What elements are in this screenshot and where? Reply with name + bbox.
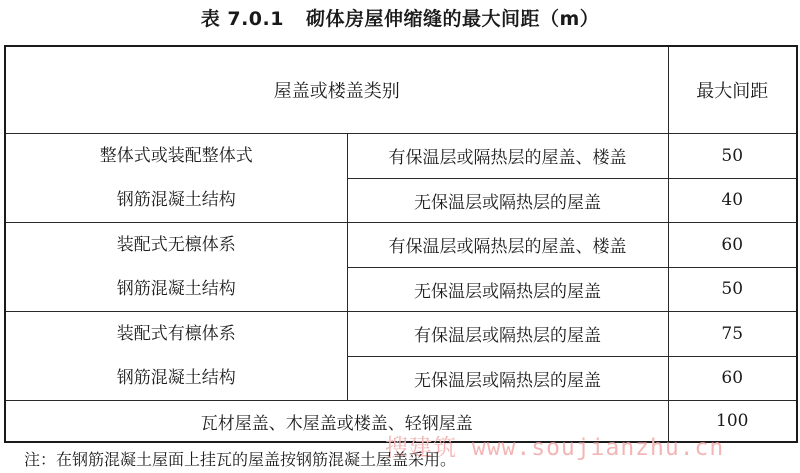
- category-line: 整体式或装配整体式: [6, 134, 347, 178]
- roof-type-cell: 无保温层或隔热层的屋盖: [347, 178, 668, 223]
- table-title-text: 砌体房屋伸缩缝的最大间距（m）: [306, 8, 599, 30]
- category-cell: 装配式无檩体系 钢筋混凝土结构: [5, 223, 347, 312]
- expansion-joint-spacing-table: 屋盖或楼盖类别 最大间距 整体式或装配整体式 钢筋混凝土结构 有保温层或隔热层的…: [4, 45, 798, 443]
- category-line: 装配式无檩体系: [6, 223, 347, 267]
- category-cell: 装配式有檩体系 钢筋混凝土结构: [5, 312, 347, 401]
- value-cell: 60: [668, 223, 797, 268]
- header-category: 屋盖或楼盖类别: [5, 46, 668, 134]
- category-cell: 整体式或装配整体式 钢筋混凝土结构: [5, 134, 347, 223]
- header-max-spacing: 最大间距: [668, 46, 797, 134]
- table-row: 装配式有檩体系 钢筋混凝土结构 有保温层或隔热层的屋盖 75: [5, 312, 797, 357]
- roof-type-cell: 无保温层或隔热层的屋盖: [347, 356, 668, 401]
- table-row: 装配式无檩体系 钢筋混凝土结构 有保温层或隔热层的屋盖、楼盖 60: [5, 223, 797, 268]
- table-number: 表 7.0.1: [201, 8, 284, 30]
- value-cell: 60: [668, 356, 797, 401]
- category-line: 钢筋混凝土结构: [6, 356, 347, 400]
- value-cell: 50: [668, 134, 797, 179]
- category-line: 装配式有檩体系: [6, 312, 347, 356]
- roof-type-cell: 有保温层或隔热层的屋盖、楼盖: [347, 134, 668, 179]
- roof-type-cell: 无保温层或隔热层的屋盖: [347, 267, 668, 312]
- value-cell: 75: [668, 312, 797, 357]
- roof-type-cell: 有保温层或隔热层的屋盖、楼盖: [347, 223, 668, 268]
- category-line: 钢筋混凝土结构: [6, 267, 347, 311]
- value-cell: 50: [668, 267, 797, 312]
- table-title: 表 7.0.1砌体房屋伸缩缝的最大间距（m）: [0, 4, 800, 31]
- value-cell: 40: [668, 178, 797, 223]
- roof-type-cell: 有保温层或隔热层的屋盖: [347, 312, 668, 357]
- category-line: 钢筋混凝土结构: [6, 178, 347, 222]
- table-row: 整体式或装配整体式 钢筋混凝土结构 有保温层或隔热层的屋盖、楼盖 50: [5, 134, 797, 179]
- table-note: 注：在钢筋混凝土屋面上挂瓦的屋盖按钢筋混凝土屋盖采用。: [24, 447, 456, 470]
- table-header-row: 屋盖或楼盖类别 最大间距: [5, 46, 797, 134]
